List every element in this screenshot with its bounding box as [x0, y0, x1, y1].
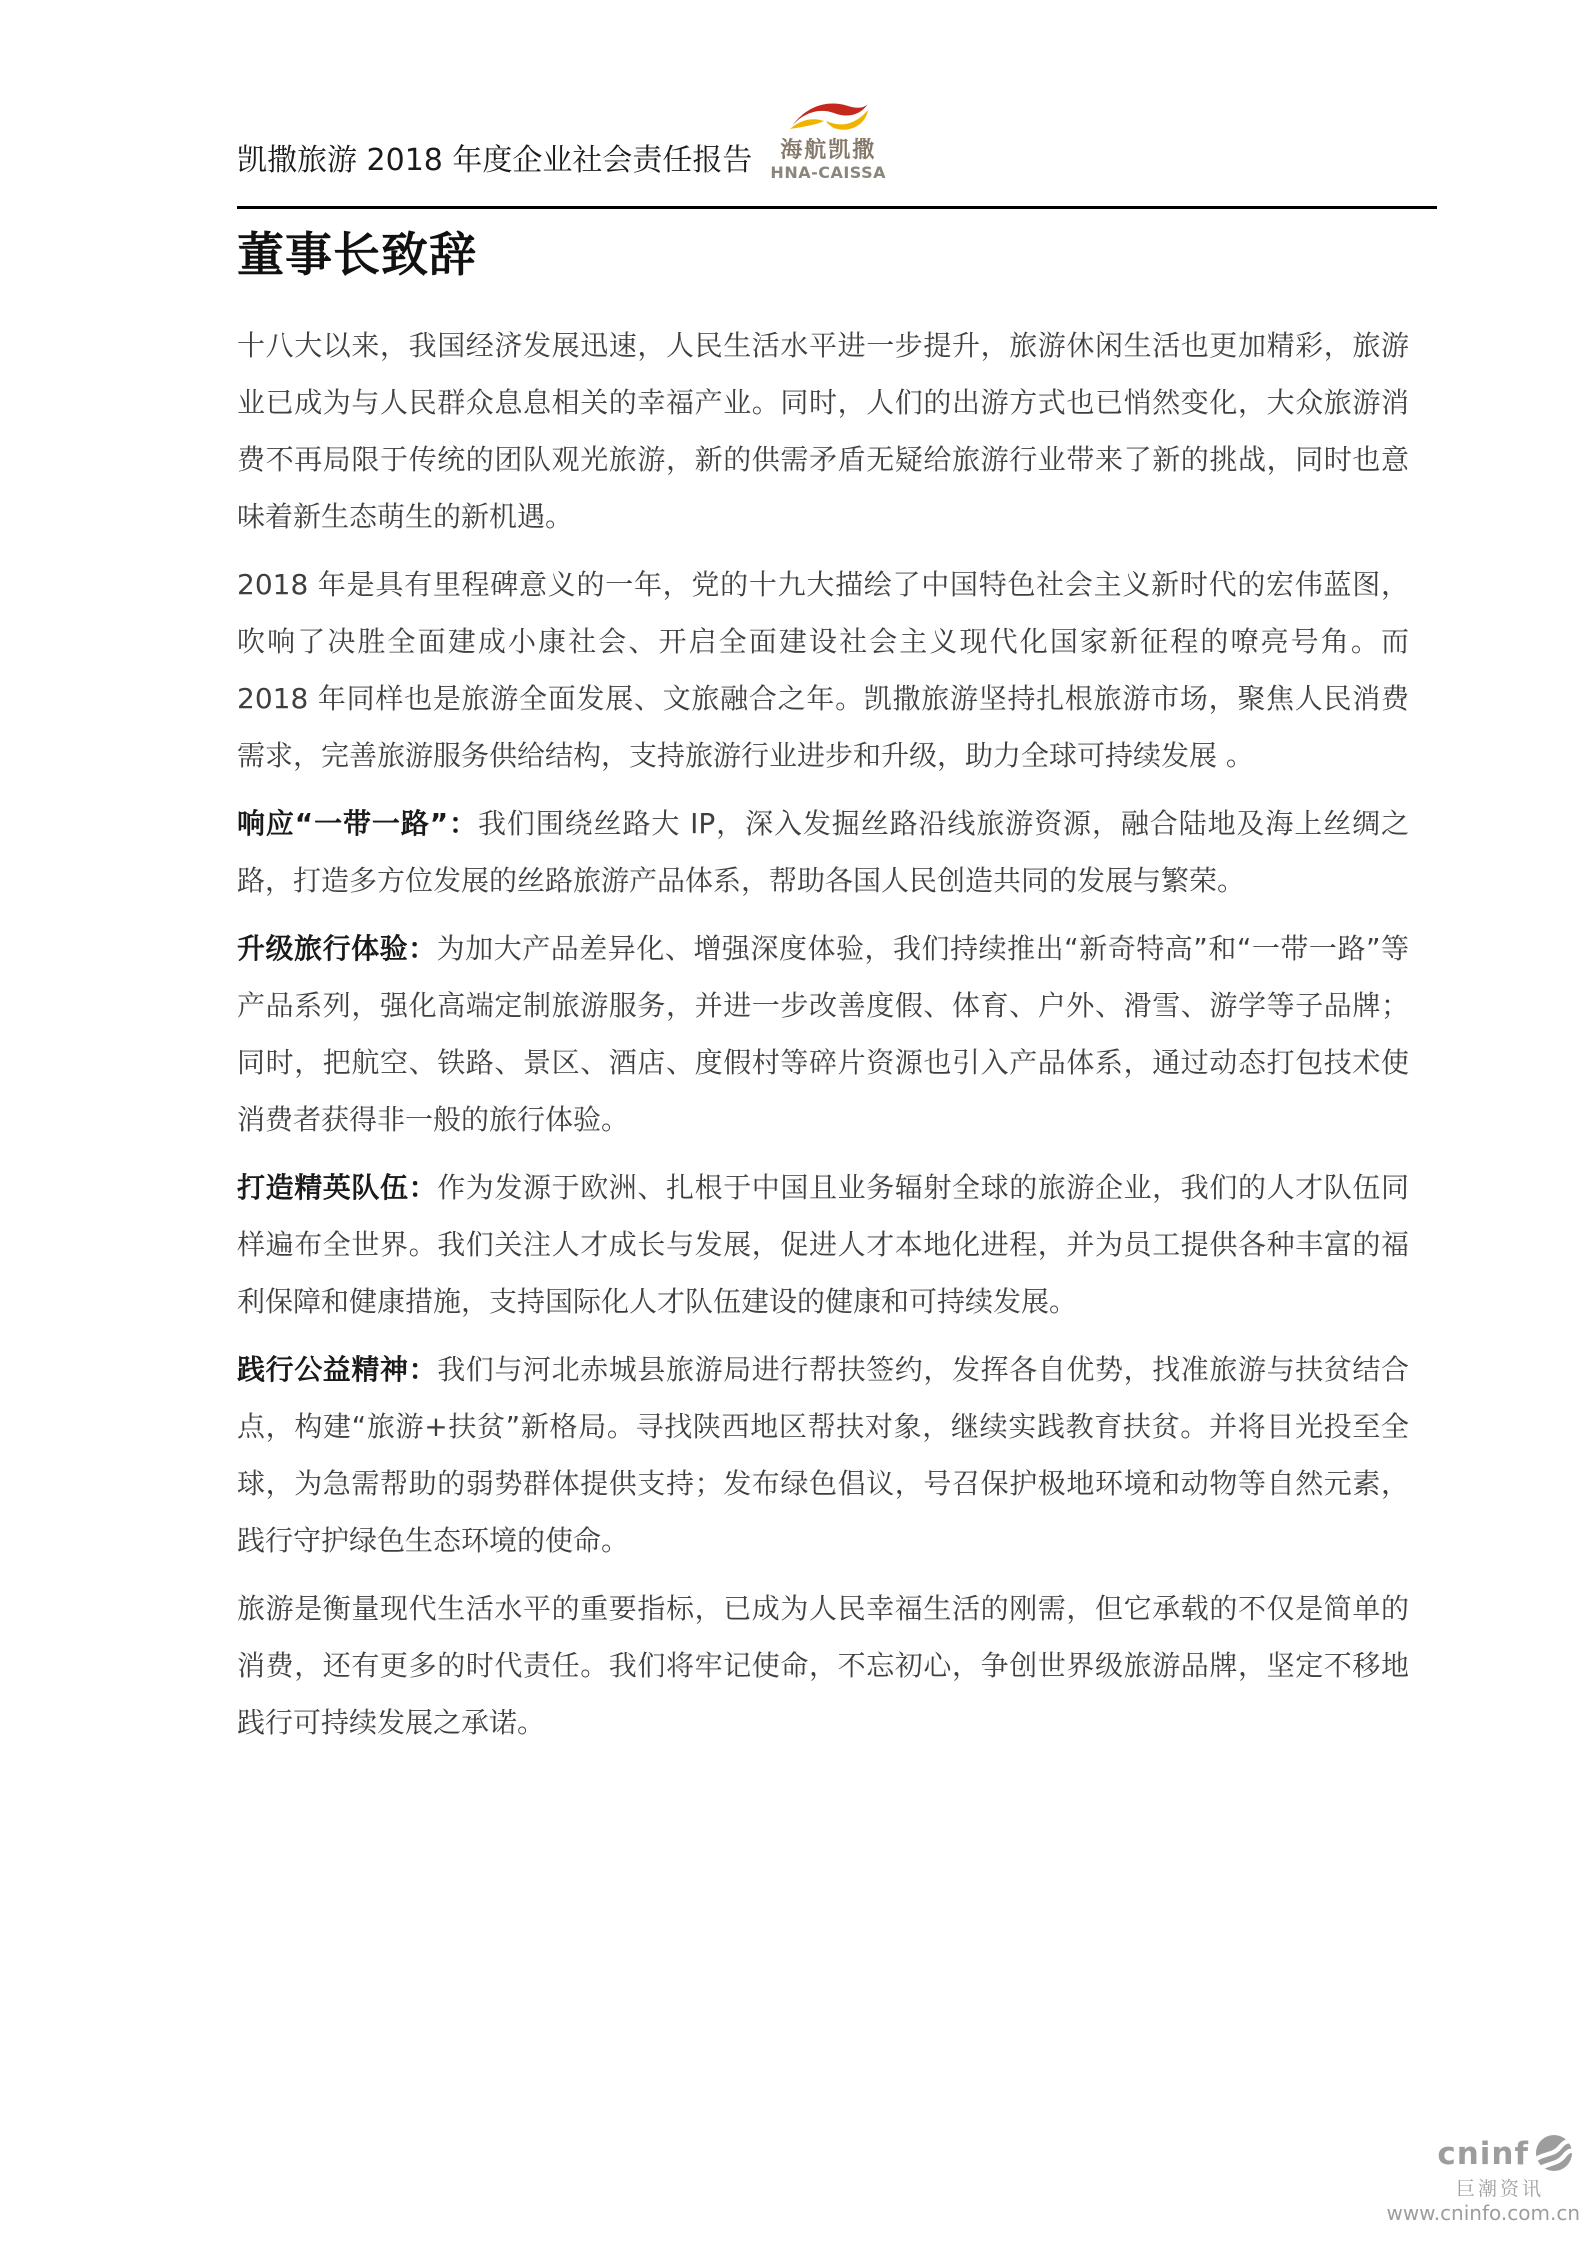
cninfo-brand-row: cninf — [1386, 2133, 1574, 2176]
paragraph-4: 升级旅行体验：为加大产品差异化、增强深度体验，我们持续推出“新奇特高”和“一带一… — [237, 920, 1409, 1148]
paragraph-3-lead: 响应“一带一路”： — [237, 807, 478, 840]
hna-caissa-logo-cn: 海航凯撒 — [780, 140, 876, 162]
paragraph-1-text: 十八大以来，我国经济发展迅速，人民生活水平进一步提升，旅游休闲生活也更加精彩，旅… — [237, 329, 1409, 533]
paragraph-1: 十八大以来，我国经济发展迅速，人民生活水平进一步提升，旅游休闲生活也更加精彩，旅… — [237, 317, 1409, 545]
document-page: 凯撒旅游 2018 年度企业社会责任报告 海航凯撒 HNA-CAISSA 董事长… — [0, 0, 1587, 2245]
cninfo-brand-text: cninf — [1437, 2139, 1529, 2170]
paragraph-5: 打造精英队伍：作为发源于欧洲、扎根于中国且业务辐射全球的旅游企业，我们的人才队伍… — [237, 1159, 1409, 1330]
report-header-title: 凯撒旅游 2018 年度企业社会责任报告 — [237, 144, 752, 181]
paragraph-4-lead: 升级旅行体验： — [237, 932, 437, 965]
paragraph-2: 2018 年是具有里程碑意义的一年，党的十九大描绘了中国特色社会主义新时代的宏伟… — [237, 556, 1409, 784]
hna-caissa-swoosh-icon — [786, 96, 870, 140]
page-title: 董事长致辞 — [237, 218, 477, 285]
cninfo-watermark: cninf 巨潮资讯 www.cninfo.com.cn — [1386, 2133, 1580, 2223]
paragraph-6: 践行公益精神：我们与河北赤城县旅游局进行帮扶签约，发挥各自优势，找准旅游与扶贫结… — [237, 1341, 1409, 1569]
paragraph-7-text: 旅游是衡量现代生活水平的重要指标，已成为人民幸福生活的刚需，但它承载的不仅是简单… — [237, 1592, 1409, 1739]
body-text: 十八大以来，我国经济发展迅速，人民生活水平进一步提升，旅游休闲生活也更加精彩，旅… — [237, 317, 1409, 1762]
paragraph-3: 响应“一带一路”：我们围绕丝路大 IP，深入发掘丝路沿线旅游资源，融合陆地及海上… — [237, 795, 1409, 909]
hna-caissa-logo-en: HNA-CAISSA — [770, 165, 886, 181]
header-divider — [237, 206, 1437, 209]
paragraph-7: 旅游是衡量现代生活水平的重要指标，已成为人民幸福生活的刚需，但它承载的不仅是简单… — [237, 1580, 1409, 1751]
report-header: 凯撒旅游 2018 年度企业社会责任报告 海航凯撒 HNA-CAISSA — [237, 96, 1437, 181]
paragraph-2-text: 2018 年是具有里程碑意义的一年，党的十九大描绘了中国特色社会主义新时代的宏伟… — [237, 568, 1409, 772]
cninfo-globe-icon — [1534, 2133, 1574, 2176]
cninfo-brand-cn: 巨潮资讯 — [1386, 2180, 1544, 2199]
paragraph-5-lead: 打造精英队伍： — [237, 1171, 437, 1204]
hna-caissa-logo: 海航凯撒 HNA-CAISSA — [770, 96, 886, 181]
paragraph-6-lead: 践行公益精神： — [237, 1353, 437, 1386]
cninfo-url: www.cninfo.com.cn — [1386, 2203, 1580, 2223]
